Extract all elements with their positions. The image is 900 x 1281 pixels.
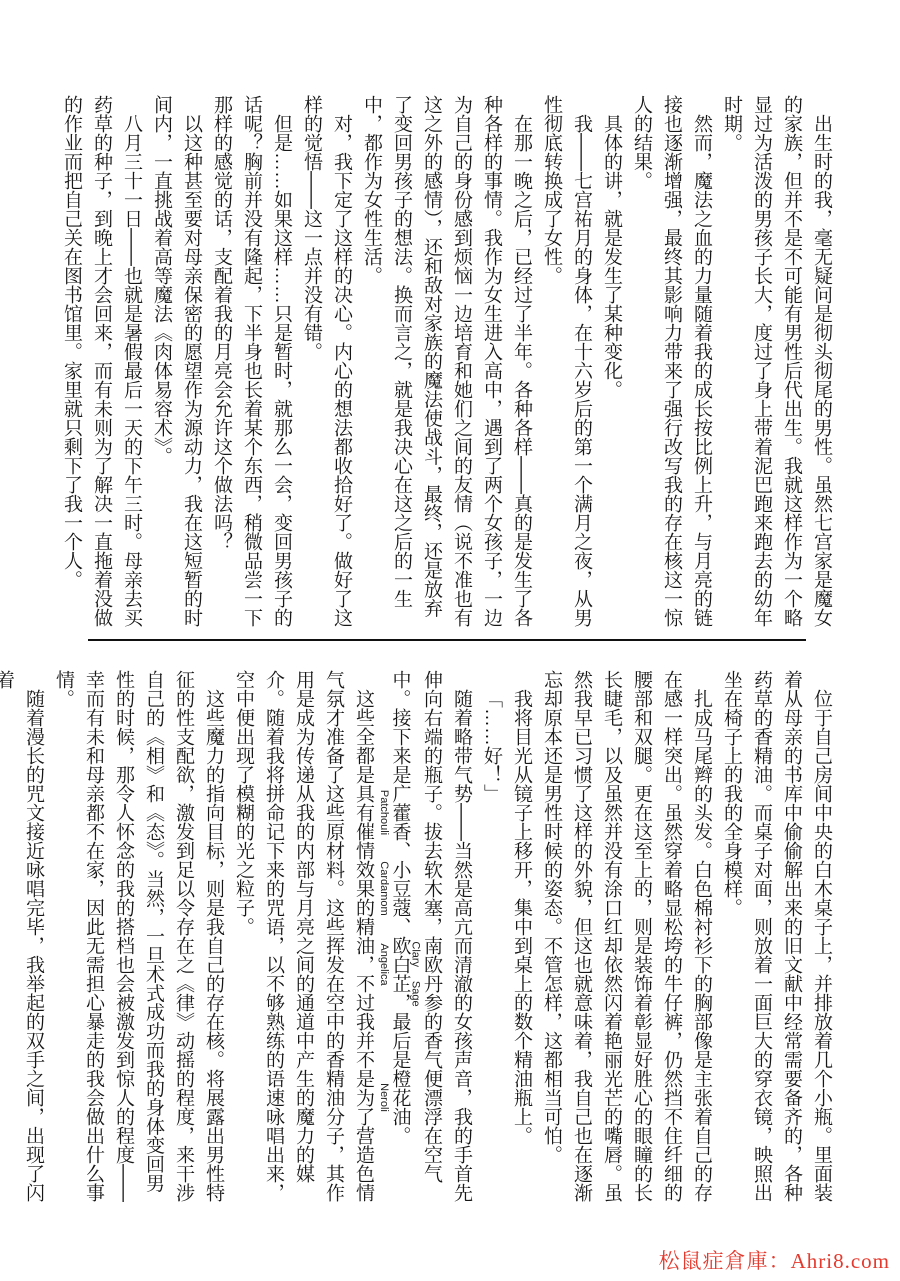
paragraph: 我将目光从镜子上移开，集中到桌上的数个精油瓶上。 <box>506 670 536 1210</box>
paragraph: 在那一晚之后，已经过了半年。各种各样——真的是发生了各种各样的事情。我作为女生进… <box>356 95 536 635</box>
paragraph: 这些全都是具有催情效果的精油，不过我并不是为了营造色情气氛才准备了这些原材料。这… <box>228 670 378 1210</box>
watermark: 松鼠症倉庫：Ahri8.com <box>659 1245 890 1275</box>
section-divider-rule <box>88 639 806 641</box>
paragraph: 以这种甚至要对母亲保密的愿望作为源动力，我在这短暂的时间内，一直挑战着高等魔法《… <box>146 95 206 635</box>
paragraph: 八月三十一日——也就是暑假最后一天的下午三时。母亲去买药草的种子，到晚上才会回来… <box>56 95 146 635</box>
paragraph-essential-oils: 随着略带气势——当然是高亢而清澈的女孩声音，我的手首先伸向右端的瓶子。拔去软木塞… <box>378 670 476 1210</box>
paragraph: 然而，魔法之血的力量随着我的成长按比例上升，与月亮的链接也逐渐增强，最终其影响力… <box>626 95 716 635</box>
paragraph: 位于自己房间中央的白木桌子上，并排放着几个小瓶。里面装着从母亲的书库中偷偷解出来… <box>716 670 836 1210</box>
paragraph: 随着漫长的咒文接近咏唱完毕，我举起的双手之间，出现了闪着 <box>0 670 48 1210</box>
paragraph: 我——七宫祐月的身体，在十六岁后的第一个满月之夜，从男性彻底转换成了女性。 <box>536 95 596 635</box>
bottom-text-block: 位于自己房间中央的白木桌子上，并排放着几个小瓶。里面装着从母亲的书库中偷偷解出来… <box>0 670 836 1210</box>
paragraph: 出生时的我，毫无疑问是彻头彻尾的男性。虽然七宫家是魔女的家族，但并不是不可能有男… <box>716 95 836 635</box>
paragraph: 扎成马尾辫的头发。白色棉衬衫下的胸部像是主张着自己的存在感一样突出。虽然穿着略显… <box>536 670 716 1210</box>
paragraph: 这些魔力的指向目标，则是我自己的存在核。将展露出男性特征的性支配欲，激发到足以令… <box>48 670 228 1210</box>
top-text-block: 出生时的我，毫无疑问是彻头彻尾的男性。虽然七宫家是魔女的家族，但并不是不可能有男… <box>56 95 836 635</box>
paragraph: 具体的讲，就是发生了某种变化。 <box>596 95 626 635</box>
novel-page: 出生时的我，毫无疑问是彻头彻尾的男性。虽然七宫家是魔女的家族，但并不是不可能有男… <box>0 0 900 1281</box>
paragraph-dialogue: 「……好！」 <box>476 670 506 1210</box>
paragraph: 但是……如果这样……只是暂时，就那么一会，变回男孩子的话呢？胸前并没有隆起，下半… <box>206 95 296 635</box>
paragraph: 对，我下定了这样的决心。内心的想法都收拾好了。做好了这样的觉悟——这一点并没有错… <box>296 95 356 635</box>
